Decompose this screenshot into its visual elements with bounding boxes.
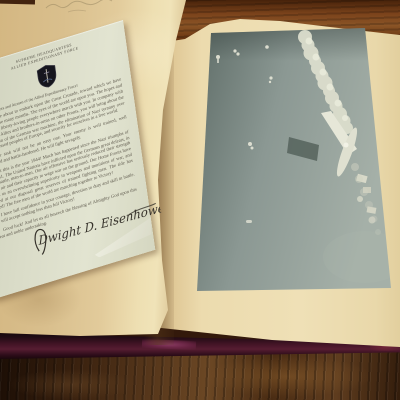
pencil-inscription (38, 0, 128, 16)
aerial-photo (197, 27, 393, 291)
aircraft-debris-2 (357, 196, 363, 202)
aircraft-cockpit (344, 143, 349, 148)
scrapbook-photograph: SUPREME HEADQUARTERS ALLIED EXPEDITIONAR… (0, 0, 400, 400)
aerial-photo-art (197, 27, 393, 291)
shaef-shield-icon (36, 61, 59, 91)
